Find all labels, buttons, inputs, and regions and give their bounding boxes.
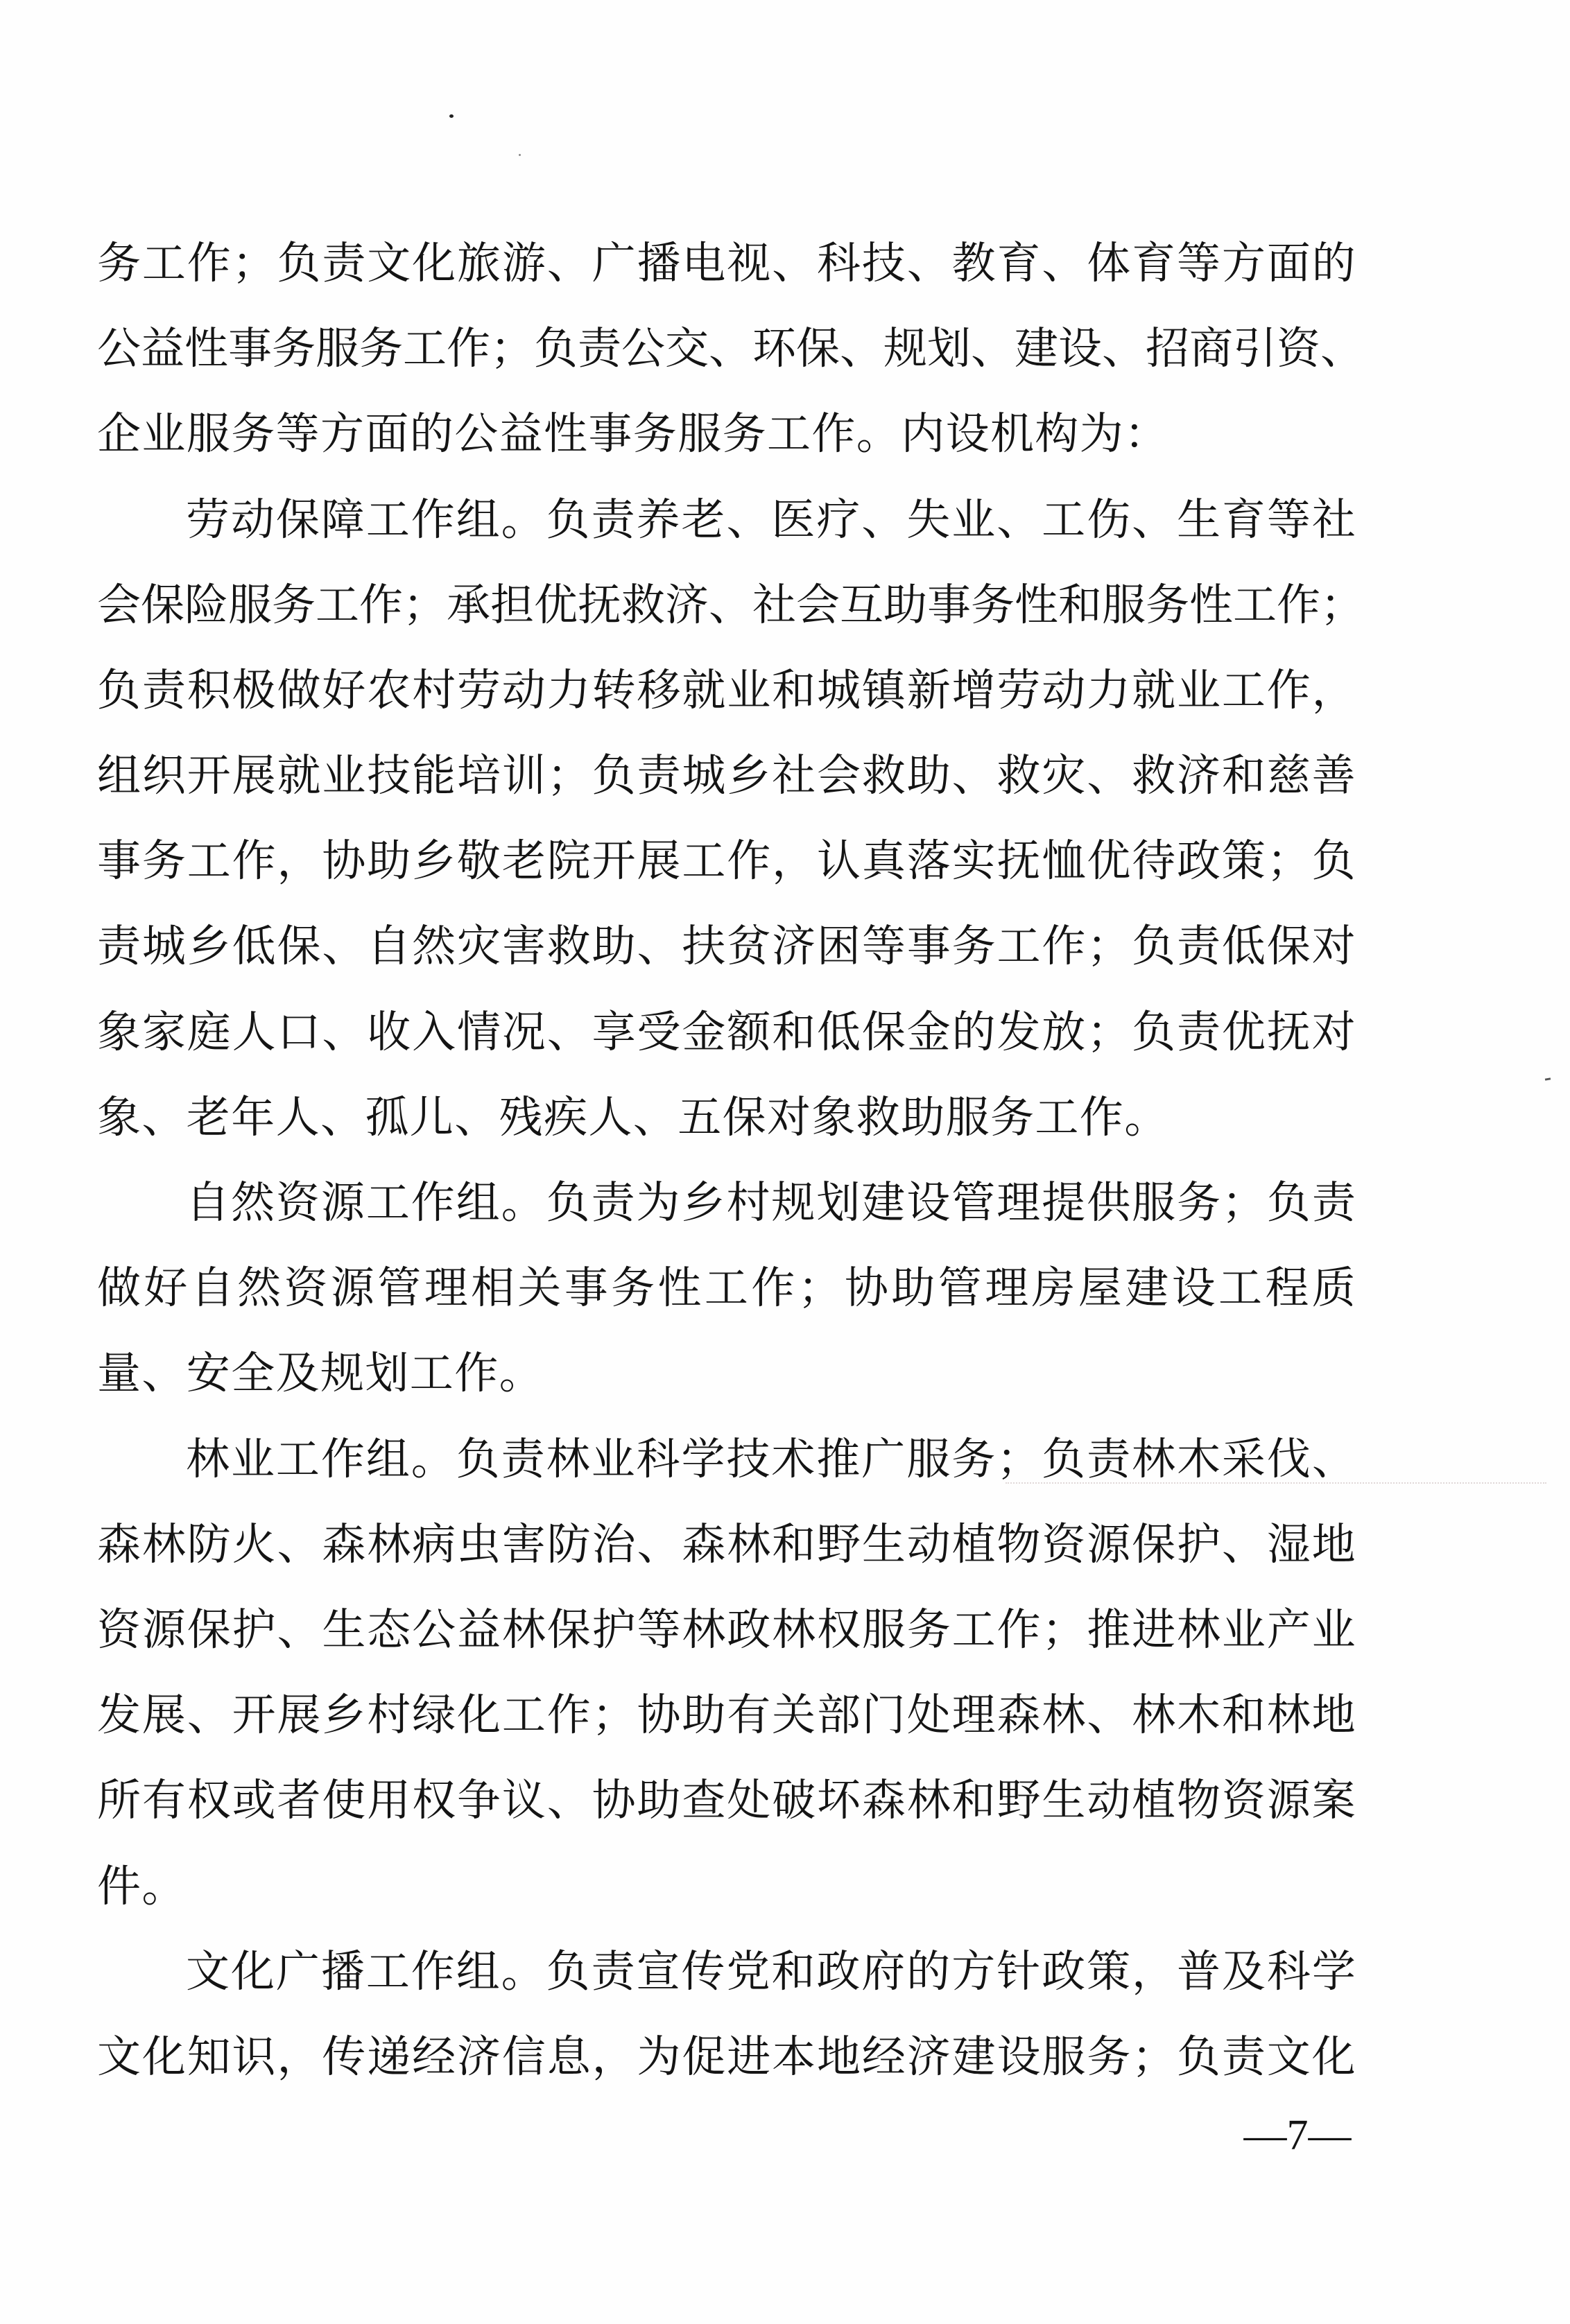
text-line: 事务工作，协助乡敬老院开展工作，认真落实抚恤优待政策；负: [97, 830, 1356, 892]
text-line: 象、老年人、孤儿、残疾人、五保对象救助服务工作。: [97, 1086, 1356, 1149]
text-line: 象家庭人口、收入情况、享受金额和低保金的发放；负责优抚对: [97, 1001, 1356, 1064]
paragraph-first-line: 劳动保障工作组。负责养老、医疗、失业、工伤、生育等社: [186, 489, 1356, 551]
text-line: 企业服务等方面的公益性事务服务工作。内设机构为：: [97, 403, 1356, 465]
text-line: 公益性事务服务工作；负责公交、环保、规划、建设、招商引资、: [97, 318, 1356, 380]
text-line: 件。: [97, 1855, 1356, 1918]
text-line: 发展、开展乡村绿化工作；协助有关部门处理森林、林木和林地: [97, 1684, 1356, 1746]
text-line: 森林防火、森林病虫害防治、森林和野生动植物资源保护、湿地: [97, 1514, 1356, 1576]
text-line: 务工作；负责文化旅游、广播电视、科技、教育、体育等方面的: [97, 232, 1356, 295]
text-line: 所有权或者使用权争议、协助查处破坏森林和野生动植物资源案: [97, 1769, 1356, 1832]
page-number: —7—: [1234, 2113, 1361, 2158]
scan-speck: [449, 114, 454, 118]
text-line: 资源保护、生态公益林保护等林政林权服务工作；推进林业产业: [97, 1599, 1356, 1661]
text-line: 做好自然资源管理相关事务性工作；协助管理房屋建设工程质: [97, 1257, 1356, 1319]
text-line: 组织开展就业技能培训；负责城乡社会救助、救灾、救济和慈善: [97, 745, 1356, 807]
paragraph-first-line: 文化广播工作组。负责宣传党和政府的方针政策，普及科学: [186, 1941, 1356, 2003]
paragraph-first-line: 自然资源工作组。负责为乡村规划建设管理提供服务；负责: [186, 1172, 1356, 1234]
scan-speck: [519, 154, 521, 156]
text-line: 负责积极做好农村劳动力转移就业和城镇新增劳动力就业工作，: [97, 659, 1356, 722]
scan-edge-mark: [1545, 1077, 1551, 1080]
text-line: 会保险服务工作；承担优抚救济、社会互助事务性和服务性工作；: [97, 574, 1356, 636]
text-line: 责城乡低保、自然灾害救助、扶贫济困等事务工作；负责低保对: [97, 915, 1356, 978]
text-line: 量、安全及规划工作。: [97, 1342, 1356, 1405]
text-line: 文化知识，传递经济信息，为促进本地经济建设服务；负责文化: [97, 2026, 1356, 2088]
document-page: 务工作；负责文化旅游、广播电视、科技、教育、体育等方面的 公益性事务服务工作；负…: [0, 0, 1570, 2324]
paragraph-first-line: 林业工作组。负责林业科学技术推广服务；负责林木采伐、: [186, 1428, 1356, 1491]
